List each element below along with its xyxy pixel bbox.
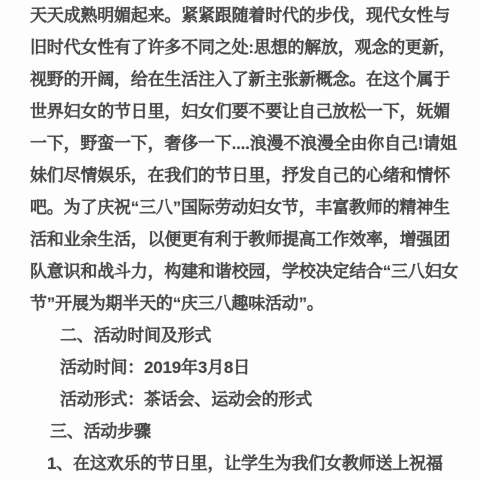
body-line: 一下，野蛮一下，奢侈一下....浪漫不浪漫全由你自己!请姐 <box>30 128 450 160</box>
body-line: 吧。为了庆祝“三八”国际劳动妇女节，丰富教师的精神生 <box>30 192 450 224</box>
body-line: 旧时代女性有了许多不同之处:思想的解放，观念的更新， <box>30 32 450 64</box>
body-line: 队意识和战斗力，构建和谐校园，学校决定结合“三八妇女 <box>30 256 450 288</box>
body-line: 节”开展为期半天的“庆三八趣味活动”。 <box>30 288 450 320</box>
activity-time-line: 活动时间：2019年3月8日 <box>30 352 450 384</box>
body-line: 妹们尽情娱乐，在我们的节日里，抒发自己的心绪和情怀 <box>30 160 450 192</box>
step-1-line: 1、在这欢乐的节日里，让学生为我们女教师送上祝福 <box>30 448 450 480</box>
section-heading-time: 二、活动时间及形式 <box>30 320 450 352</box>
body-line: 视野的开阔，给在生活注入了新主张新概念。在这个属于 <box>30 64 450 96</box>
activity-format-line: 活动形式：茶话会、运动会的形式 <box>30 384 450 416</box>
body-line: 天天成熟明媚起来。紧紧跟随着时代的步伐，现代女性与 <box>30 0 450 32</box>
body-line: 世界妇女的节日里，妇女们要不要让自己放松一下，妩媚 <box>30 96 450 128</box>
body-line: 活和业余生活，以便更有利于教师提高工作效率，增强团 <box>30 224 450 256</box>
section-heading-steps: 三、活动步骤 <box>30 416 450 448</box>
document-page: 天天成熟明媚起来。紧紧跟随着时代的步伐，现代女性与 旧时代女性有了许多不同之处:… <box>0 0 480 480</box>
